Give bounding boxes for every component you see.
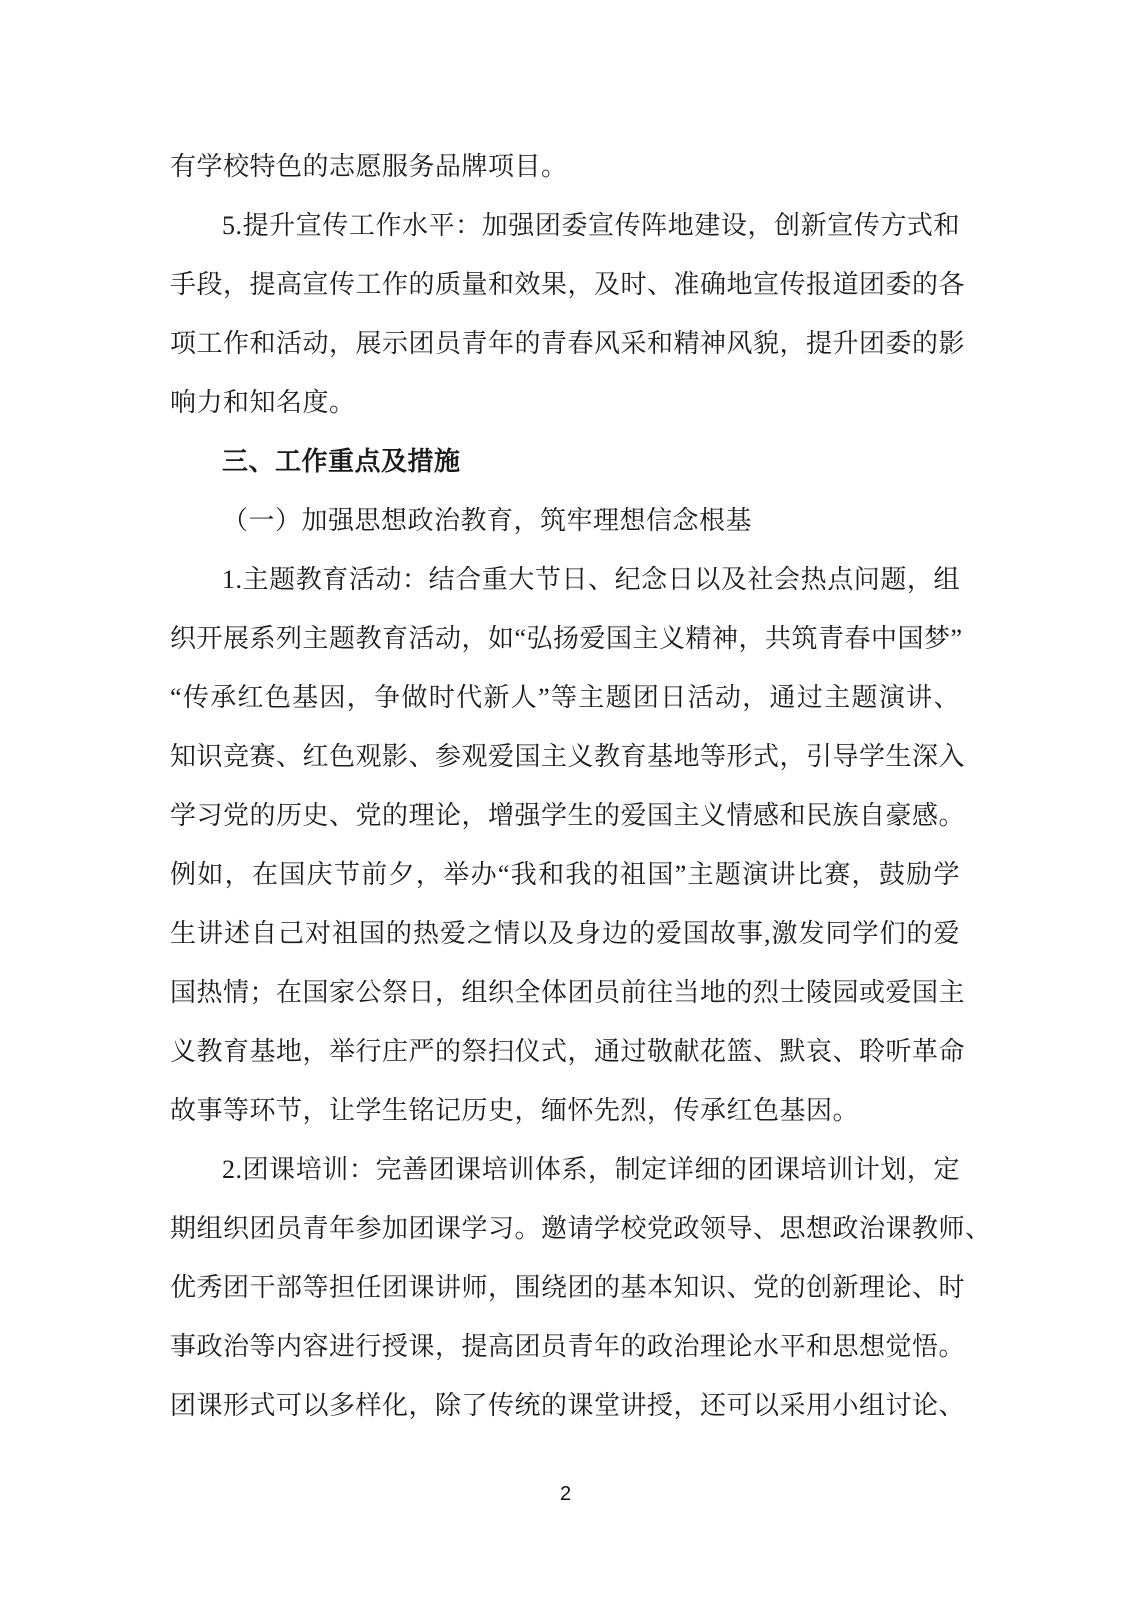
text-line: 事政治等内容进行授课，提高团员青年的政治理论水平和思想觉悟。: [170, 1317, 960, 1376]
subheading-one-ideological-education: （一）加强思想政治教育，筑牢理想信念根基: [170, 491, 960, 550]
text-line: 优秀团干部等担任团课讲师，围绕团的基本知识、党的创新理论、时: [170, 1258, 960, 1317]
text-line: 故事等环节，让学生铭记历史，缅怀先烈，传承红色基因。: [170, 1081, 960, 1140]
text-line: 学习党的历史、党的理论，增强学生的爱国主义情感和民族自豪感。: [170, 786, 960, 845]
para-volunteer-brand-end: 有学校特色的志愿服务品牌项目。: [170, 137, 960, 196]
text-line: 三、工作重点及措施: [170, 432, 960, 491]
text-line: 期组织团员青年参加团课学习。邀请学校党政领导、思想政治课教师、: [170, 1199, 960, 1258]
text-line: 响力和知名度。: [170, 373, 960, 432]
text-line: 织开展系列主题教育活动，如“弘扬爱国主义精神，共筑青春中国梦”: [170, 609, 960, 668]
text-line: （一）加强思想政治教育，筑牢理想信念根基: [170, 491, 960, 550]
text-line: 例如，在国庆节前夕，举办“我和我的祖国”主题演讲比赛，鼓励学: [170, 845, 960, 904]
text-line: 1.主题教育活动：结合重大节日、纪念日以及社会热点问题，组: [170, 550, 960, 609]
page-footer: 2: [0, 1480, 1131, 1508]
text-line: 有学校特色的志愿服务品牌项目。: [170, 137, 960, 196]
document-body: 有学校特色的志愿服务品牌项目。5.提升宣传工作水平：加强团委宣传阵地建设，创新宣…: [170, 137, 960, 1435]
text-line: 团课形式可以多样化，除了传统的课堂讲授，还可以采用小组讨论、: [170, 1376, 960, 1435]
para-1-theme-education-activities: 1.主题教育活动：结合重大节日、纪念日以及社会热点问题，组织开展系列主题教育活动…: [170, 550, 960, 1140]
text-line: 项工作和活动，展示团员青年的青春风采和精神风貌，提升团委的影: [170, 314, 960, 373]
text-line: 2.团课培训：完善团课培训体系，制定详细的团课培训计划，定: [170, 1140, 960, 1199]
document-page: 有学校特色的志愿服务品牌项目。5.提升宣传工作水平：加强团委宣传阵地建设，创新宣…: [0, 0, 1131, 1600]
text-line: 生讲述自己对祖国的热爱之情以及身边的爱国故事,激发同学们的爱: [170, 904, 960, 963]
para-5-publicity-work: 5.提升宣传工作水平：加强团委宣传阵地建设，创新宣传方式和手段，提高宣传工作的质…: [170, 196, 960, 432]
text-line: 手段，提高宣传工作的质量和效果，及时、准确地宣传报道团委的各: [170, 255, 960, 314]
text-line: 义教育基地，举行庄严的祭扫仪式，通过敬献花篮、默哀、聆听革命: [170, 1022, 960, 1081]
heading-section-three-key-work: 三、工作重点及措施: [170, 432, 960, 491]
para-2-league-class-training: 2.团课培训：完善团课培训体系，制定详细的团课培训计划，定期组织团员青年参加团课…: [170, 1140, 960, 1435]
text-line: 5.提升宣传工作水平：加强团委宣传阵地建设，创新宣传方式和: [170, 196, 960, 255]
text-line: “传承红色基因，争做时代新人”等主题团日活动，通过主题演讲、: [170, 668, 960, 727]
text-line: 知识竞赛、红色观影、参观爱国主义教育基地等形式，引导学生深入: [170, 727, 960, 786]
page-number: 2: [560, 1483, 571, 1505]
text-line: 国热情；在国家公祭日，组织全体团员前往当地的烈士陵园或爱国主: [170, 963, 960, 1022]
